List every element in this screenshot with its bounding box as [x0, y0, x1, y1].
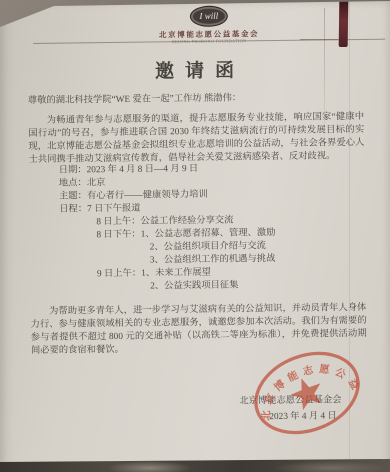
foundation-logo-icon: I will [190, 6, 228, 27]
logo-text: I will [199, 12, 218, 21]
paragraph-1: 为畅通青年参与志愿服务的渠道，提升志愿服务专业技能，响应国家“健康中国行动”的号… [28, 111, 365, 167]
schedule-line: 2、公益实践项目征集 [150, 278, 390, 294]
invitation-letter: I will 北京博能志愿公益基金会 BEIJING PROBONO FOUND… [0, 0, 390, 472]
red-ribbon [339, 0, 349, 47]
photo-scene: I will 北京博能志愿公益基金会 BEIJING PROBONO FOUND… [0, 0, 390, 472]
salutation: 尊敬的湖北科技学院“WE 爱在一起”工作坊 熊渤伟： [28, 91, 366, 108]
schedule-list: 日期：2023 年 4 月 8 日—4 月 9 日地点：北京主题：有心者行——健… [1, 161, 390, 296]
letter-title: 邀请函 [0, 54, 390, 86]
